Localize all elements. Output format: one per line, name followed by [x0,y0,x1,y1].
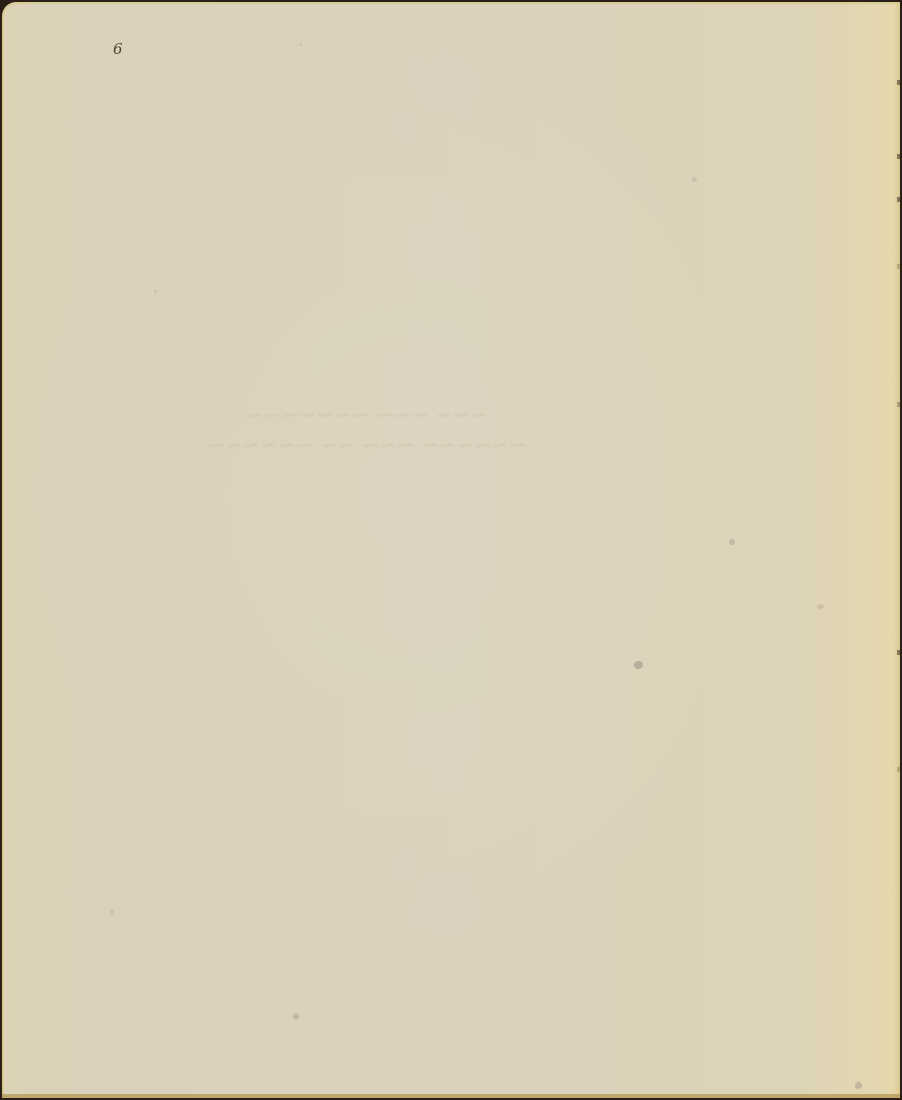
edge-notch [897,80,900,85]
paper-speck [692,177,697,182]
edge-notch [897,767,900,772]
page-edge-right [894,2,900,1098]
scanned-page: 6 ~~~ ~~~ ~~~~~~~ ~~~~~~ ~~~ ~~ ~~~~~~ [2,2,900,1098]
edge-notch [897,154,900,159]
paper-speck [817,604,824,609]
edge-notch [897,264,900,269]
paper-speck [110,910,114,916]
page-edge-bottom [2,1094,900,1098]
paper-speck [634,661,643,669]
paper-speck [855,1082,862,1089]
paper-speck [729,539,735,545]
page-number: 6 [113,40,123,58]
paper-speck [293,1013,299,1020]
paper-speck [300,44,302,46]
edge-notch [897,650,900,655]
edge-notch [897,402,900,407]
paper-speck [154,290,157,293]
edge-notch [897,197,900,202]
show-through-text: ~~~ ~~~ ~~~~~~~ ~~~~~~ ~~~ ~~ ~~~~~~ [177,400,557,460]
